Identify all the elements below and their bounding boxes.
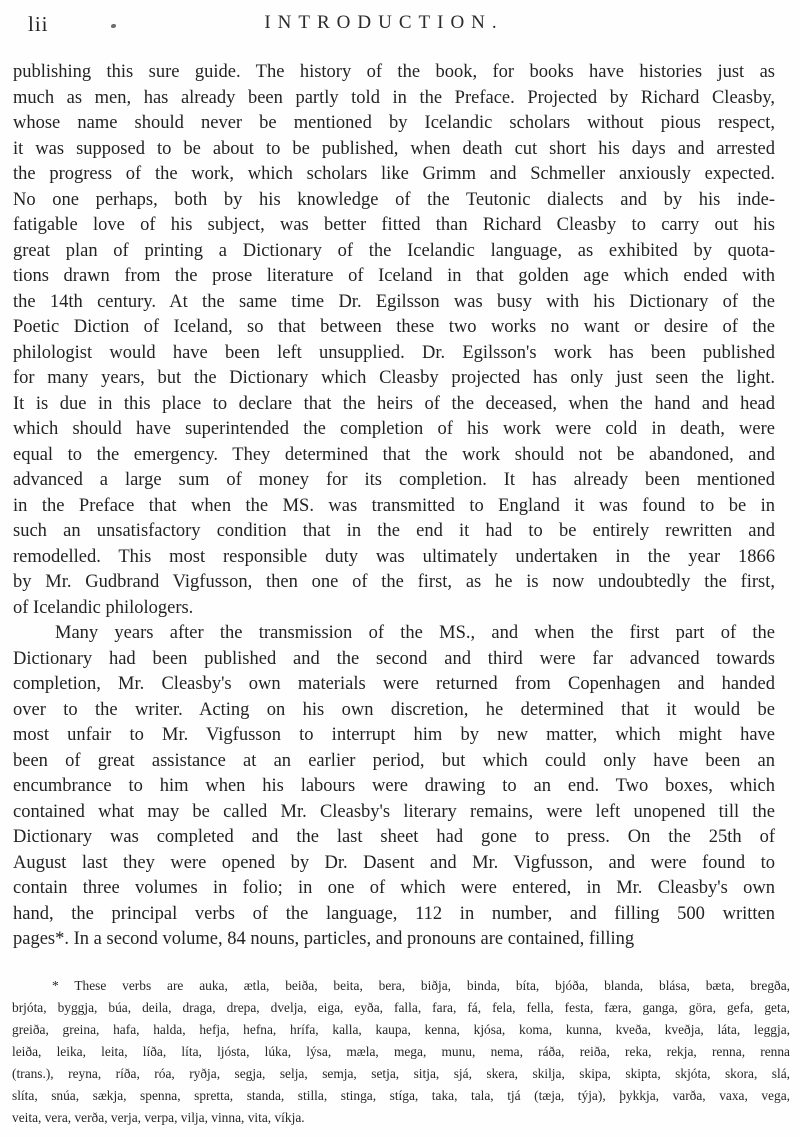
text-line: the 14th century. At the same time Dr. E… (13, 290, 775, 316)
text-line: Many years after the transmission of the… (13, 621, 775, 647)
footnote: * These verbs are auka, ætla, beiða, bei… (12, 975, 790, 1129)
text-line: It is due in this place to declare that … (13, 392, 775, 418)
text-line: it was supposed to be about to be publis… (13, 137, 775, 163)
text-line: advanced a large sum of money for its co… (13, 468, 775, 494)
text-line: much as men, has already been partly tol… (13, 86, 775, 112)
text-line: fatigable love of his subject, was bette… (13, 213, 775, 239)
text-line: No one perhaps, both by his knowledge of… (13, 188, 775, 214)
text-line: most unfair to Mr. Vigfusson to interrup… (13, 723, 775, 749)
text-line: Dictionary had been published and the se… (13, 647, 775, 673)
book-page: lii INTRODUCTION. publishing this sure g… (0, 0, 800, 1137)
text-line: leiða, leika, leita, líða, líta, ljósta,… (12, 1041, 790, 1063)
text-line: (trans.), reyna, ríða, róa, ryðja, segja… (12, 1063, 790, 1085)
text-line: completion, Mr. Cleasby's own materials … (13, 672, 775, 698)
page-title: INTRODUCTION. (13, 12, 755, 34)
text-line: of Icelandic philologers. (13, 596, 775, 622)
text-line: * These verbs are auka, ætla, beiða, bei… (12, 975, 790, 997)
text-line: August last they were opened by Dr. Dase… (13, 851, 775, 877)
body-text: publishing this sure guide. The history … (13, 60, 775, 953)
text-line: over to the writer. Acting on his own di… (13, 698, 775, 724)
text-line: greiða, greina, hafa, halda, hefja, hefn… (12, 1019, 790, 1041)
text-line: encumbrance to him when his labours were… (13, 774, 775, 800)
text-line: tions drawn from the prose literature of… (13, 264, 775, 290)
text-line: whose name should never be mentioned by … (13, 111, 775, 137)
text-line: the progress of the work, which scholars… (13, 162, 775, 188)
text-line: brjóta, byggja, búa, deila, draga, drepa… (12, 997, 790, 1019)
text-line: hand, the principal verbs of the languag… (13, 902, 775, 928)
text-line: veita, vera, verða, verja, verpa, vilja,… (12, 1107, 790, 1129)
text-line: equal to the emergency. They determined … (13, 443, 775, 469)
text-line: been of great assistance at an earlier p… (13, 749, 775, 775)
text-line: remodelled. This most responsible duty w… (13, 545, 775, 571)
text-line: Dictionary was completed and the last sh… (13, 825, 775, 851)
text-line: great plan of printing a Dictionary of t… (13, 239, 775, 265)
text-line: by Mr. Gudbrand Vigfusson, then one of t… (13, 570, 775, 596)
text-line: slíta, snúa, sækja, spenna, spretta, sta… (12, 1085, 790, 1107)
text-line: for many years, but the Dictionary which… (13, 366, 775, 392)
text-line: publishing this sure guide. The history … (13, 60, 775, 86)
text-line: contain three volumes in folio; in one o… (13, 876, 775, 902)
text-line: such an unsatisfactory condition that in… (13, 519, 775, 545)
text-line: in the Preface that when the MS. was tra… (13, 494, 775, 520)
text-line: Poetic Diction of Iceland, so that betwe… (13, 315, 775, 341)
text-line: pages*. In a second volume, 84 nouns, pa… (13, 927, 775, 953)
text-line: philologist would have been left unsuppl… (13, 341, 775, 367)
text-line: which should have superintended the comp… (13, 417, 775, 443)
text-line: contained what may be called Mr. Cleasby… (13, 800, 775, 826)
page-header: lii INTRODUCTION. (13, 10, 775, 38)
